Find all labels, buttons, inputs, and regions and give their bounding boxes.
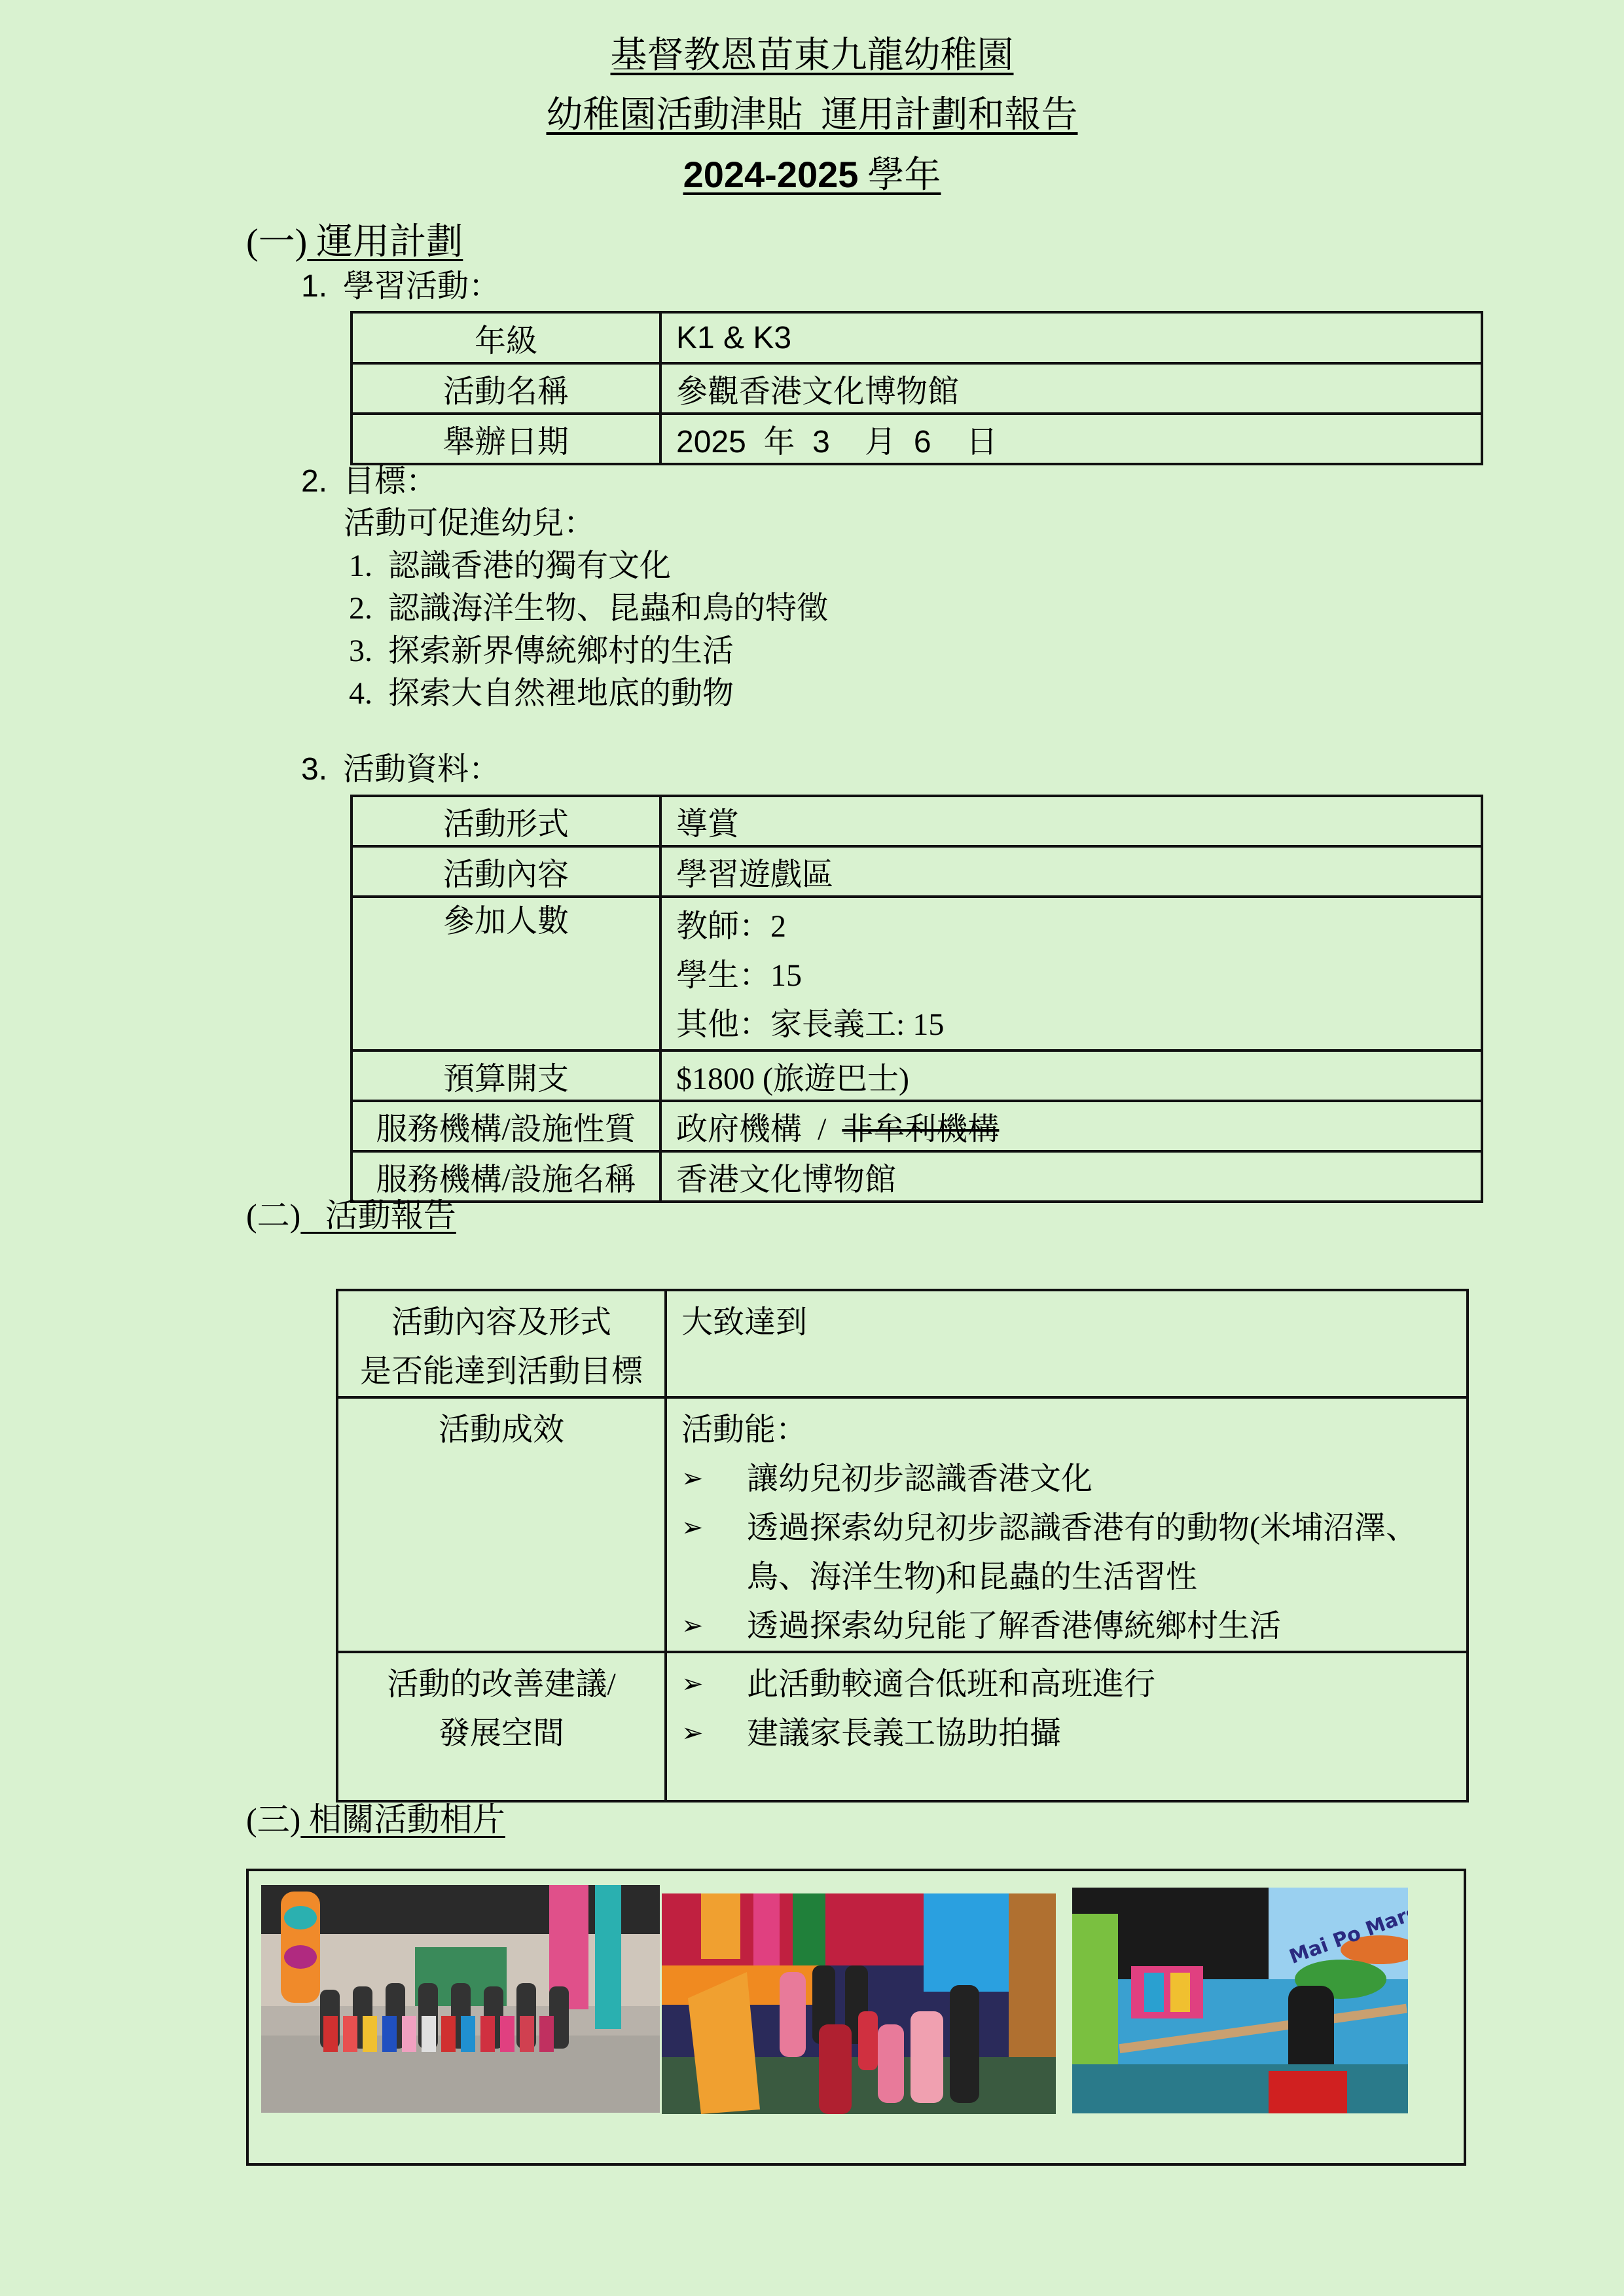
goal-item: 4. 探索大自然裡地底的動物: [349, 672, 734, 715]
improve-label-line: 活動的改善建議/: [353, 1660, 650, 1709]
improve-label-line: 發展空間: [353, 1709, 650, 1758]
budget-label: 預算開支: [352, 1050, 660, 1101]
arrow-bullet-icon: ➢: [681, 1660, 747, 1709]
improvement-item: 此活動較適合低班和高班進行: [747, 1660, 1155, 1709]
table-row: 服務機構/設施名稱 香港文化博物館: [352, 1151, 1482, 1202]
goals-intro: 活動可促進幼兒：: [344, 502, 595, 545]
effect-item: 讓幼兒初步認識香港文化: [747, 1454, 1092, 1503]
activity-table: 年級 K1 & K3 活動名稱 參觀香港文化博物館 舉辦日期 2025 年 3 …: [350, 311, 1483, 465]
table-row: 活動的改善建議/ 發展空間 ➢此活動較適合低班和高班進行 ➢建議家長義工協助拍攝: [337, 1652, 1468, 1801]
students-count: 學生：15: [676, 951, 1466, 1000]
arrow-bullet-icon: ➢: [681, 1602, 747, 1651]
date-label: 舉辦日期: [352, 414, 660, 464]
content-value: 學習遊戲區: [660, 846, 1482, 897]
school-year: 2024-2025 學年: [0, 152, 1624, 198]
format-label: 活動形式: [352, 796, 660, 846]
date-value: 2025 年 3 月 6 日: [660, 414, 1482, 464]
section-report-heading: (二) 活動報告: [246, 1193, 456, 1238]
improve-label: 活動的改善建議/ 發展空間: [337, 1652, 666, 1801]
activity-info-table: 活動形式 導賞 活動內容 學習遊戲區 參加人數 教師：2 學生：15 其他：家長…: [350, 795, 1483, 1203]
improve-value: ➢此活動較適合低班和高班進行 ➢建議家長義工協助拍攝: [666, 1652, 1468, 1801]
document-title: 幼稚園活動津貼 運用計劃和報告: [0, 92, 1624, 138]
arrow-bullet-icon: ➢: [681, 1503, 747, 1602]
teachers-count: 教師：2: [676, 902, 1466, 951]
photo-learning-play-area: [662, 1893, 1056, 2114]
list-item: ➢建議家長義工協助拍攝: [681, 1709, 1452, 1758]
others-count: 其他：家長義工: 15: [676, 1000, 1466, 1049]
effect-intro: 活動能：: [681, 1405, 1447, 1454]
list-item: ➢透過探索幼兒能了解香港傳統鄉村生活: [681, 1602, 1447, 1651]
org-type-value: 政府機構 / 非牟利機構: [660, 1101, 1482, 1151]
item-goals: 2. 目標：: [301, 462, 437, 501]
school-name: 基督教恩苗東九龍幼稚園: [0, 33, 1624, 79]
section-plan-heading: (一) 運用計劃: [246, 219, 463, 265]
goal-item: 1. 認識香港的獨有文化: [349, 545, 671, 587]
activity-name-label: 活動名稱: [352, 363, 660, 414]
goal-met-value: 大致達到: [666, 1290, 1468, 1397]
improvement-item: 建議家長義工協助拍攝: [747, 1709, 1061, 1758]
arrow-bullet-icon: ➢: [681, 1454, 747, 1503]
goal-met-label: 活動內容及形式 是否能達到活動目標: [337, 1290, 666, 1397]
org-type-selected: 政府機構: [676, 1112, 802, 1147]
table-row: 服務機構/設施性質 政府機構 / 非牟利機構: [352, 1101, 1482, 1151]
participants-label: 參加人數: [352, 897, 660, 1050]
table-row: 活動形式 導賞: [352, 796, 1482, 846]
arrow-bullet-icon: ➢: [681, 1709, 747, 1758]
grade-value: K1 & K3: [660, 312, 1482, 363]
grade-label: 年級: [352, 312, 660, 363]
participants-value: 教師：2 學生：15 其他：家長義工: 15: [660, 897, 1482, 1050]
goal-item: 2. 認識海洋生物、昆蟲和鳥的特徵: [349, 587, 828, 630]
photo-group-entrance: [261, 1885, 660, 2113]
goal-met-label-line: 活動內容及形式: [344, 1298, 659, 1347]
list-item: ➢此活動較適合低班和高班進行: [681, 1660, 1452, 1709]
table-row: 預算開支 $1800 (旅遊巴士): [352, 1050, 1482, 1101]
table-row: 活動內容及形式 是否能達到活動目標 大致達到: [337, 1290, 1468, 1397]
goal-met-label-line: 是否能達到活動目標: [344, 1347, 659, 1396]
table-row: 年級 K1 & K3: [352, 312, 1482, 363]
goal-item: 3. 探索新界傳統鄉村的生活: [349, 630, 734, 672]
list-item: ➢透過探索幼兒初步認識香港有的動物(米埔沼澤、鳥、海洋生物)和昆蟲的生活習性: [681, 1503, 1447, 1602]
photo-mai-po-marshes: Mai Po Marshes: [1072, 1888, 1408, 2113]
table-row: 參加人數 教師：2 學生：15 其他：家長義工: 15: [352, 897, 1482, 1050]
report-table: 活動內容及形式 是否能達到活動目標 大致達到 活動成效 活動能： ➢讓幼兒初步認…: [336, 1289, 1469, 1803]
org-type-separator: /: [802, 1112, 842, 1147]
item-activity-info: 3. 活動資料：: [301, 750, 500, 789]
table-row: 活動內容 學習遊戲區: [352, 846, 1482, 897]
table-row: 活動成效 活動能： ➢讓幼兒初步認識香港文化 ➢透過探索幼兒初步認識香港有的動物…: [337, 1397, 1468, 1652]
list-item: ➢讓幼兒初步認識香港文化: [681, 1454, 1447, 1503]
section-photos-heading: (三) 相關活動相片: [246, 1797, 505, 1842]
activity-name-value: 參觀香港文化博物館: [660, 363, 1482, 414]
effect-item: 透過探索幼兒能了解香港傳統鄉村生活: [747, 1602, 1281, 1651]
content-label: 活動內容: [352, 846, 660, 897]
effect-value: 活動能： ➢讓幼兒初步認識香港文化 ➢透過探索幼兒初步認識香港有的動物(米埔沼澤…: [666, 1397, 1468, 1652]
table-row: 活動名稱 參觀香港文化博物館: [352, 363, 1482, 414]
effect-item: 透過探索幼兒初步認識香港有的動物(米埔沼澤、鳥、海洋生物)和昆蟲的生活習性: [747, 1503, 1447, 1602]
effect-label: 活動成效: [337, 1397, 666, 1652]
org-type-struck: 非牟利機構: [842, 1112, 999, 1147]
item-learning-activity: 1. 學習活動：: [301, 267, 500, 306]
format-value: 導賞: [660, 796, 1482, 846]
org-type-label: 服務機構/設施性質: [352, 1101, 660, 1151]
budget-value: $1800 (旅遊巴士): [660, 1050, 1482, 1101]
org-name-value: 香港文化博物館: [660, 1151, 1482, 1202]
table-row: 舉辦日期 2025 年 3 月 6 日: [352, 414, 1482, 464]
